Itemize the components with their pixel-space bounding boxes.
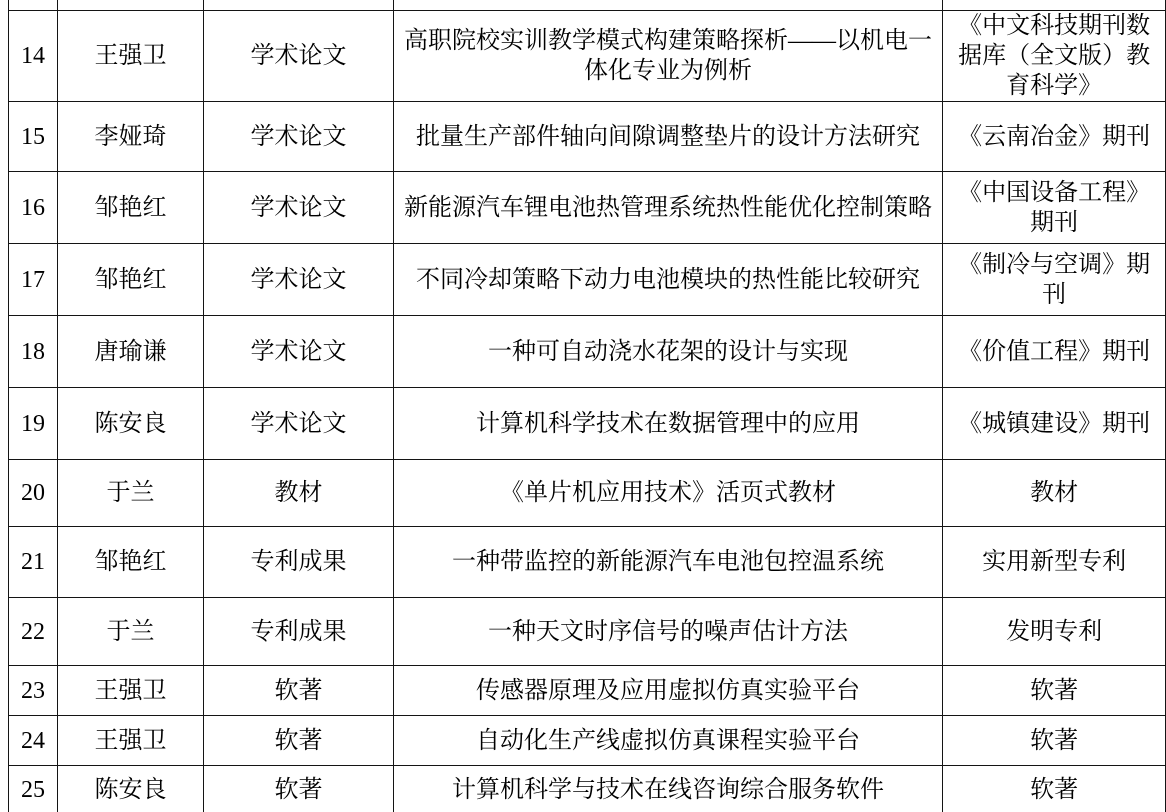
cell-venue: 软著: [943, 716, 1166, 766]
table-row: 20 于兰 教材 《单片机应用技术》活页式教材 教材: [9, 460, 1166, 527]
cell-title: 不同冷却策略下动力电池模块的热性能比较研究: [393, 244, 942, 316]
cell-type: 专利成果: [204, 527, 394, 598]
cell-type: 学术论文: [204, 244, 394, 316]
cell-no: 23: [9, 666, 58, 716]
cell-no: 18: [9, 316, 58, 388]
table-row: 25 陈安良 软著 计算机科学与技术在线咨询综合服务软件 软著: [9, 766, 1166, 812]
cell-title: 一种可自动浇水花架的设计与实现: [393, 316, 942, 388]
table-row: 19 陈安良 学术论文 计算机科学技术在数据管理中的应用 《城镇建设》期刊: [9, 388, 1166, 460]
cell-title: 一种天文时序信号的噪声估计方法: [393, 598, 942, 666]
cell-type: 学术论文: [204, 172, 394, 244]
table-row: 21 邹艳红 专利成果 一种带监控的新能源汽车电池包控温系统 实用新型专利: [9, 527, 1166, 598]
cell-author: 邹艳红: [57, 527, 203, 598]
cell-author: 李娅琦: [57, 102, 203, 172]
cell-author: 王强卫: [57, 11, 203, 102]
cell-author: 陈安良: [57, 766, 203, 812]
cell-author: 陈安良: [57, 388, 203, 460]
cell-venue: 《云南冶金》期刊: [943, 102, 1166, 172]
cell-type: 学术论文: [204, 102, 394, 172]
cell-empty: [57, 0, 203, 11]
cell-title: 《单片机应用技术》活页式教材: [393, 460, 942, 527]
cell-title: 新能源汽车锂电池热管理系统热性能优化控制策略: [393, 172, 942, 244]
cell-author: 王强卫: [57, 716, 203, 766]
achievements-table: 14 王强卫 学术论文 高职院校实训教学模式构建策略探析——以机电一体化专业为例…: [8, 0, 1166, 812]
table-row: 22 于兰 专利成果 一种天文时序信号的噪声估计方法 发明专利: [9, 598, 1166, 666]
table-row-partial: [9, 0, 1166, 11]
cell-no: 14: [9, 11, 58, 102]
cell-author: 邹艳红: [57, 172, 203, 244]
cell-author: 于兰: [57, 460, 203, 527]
cell-empty: [393, 0, 942, 11]
cell-venue: 软著: [943, 666, 1166, 716]
cell-empty: [204, 0, 394, 11]
table-row: 18 唐瑜谦 学术论文 一种可自动浇水花架的设计与实现 《价值工程》期刊: [9, 316, 1166, 388]
cell-title: 批量生产部件轴向间隙调整垫片的设计方法研究: [393, 102, 942, 172]
cell-venue: 实用新型专利: [943, 527, 1166, 598]
cell-type: 专利成果: [204, 598, 394, 666]
cell-venue: 发明专利: [943, 598, 1166, 666]
cell-title: 一种带监控的新能源汽车电池包控温系统: [393, 527, 942, 598]
cell-venue: 软著: [943, 766, 1166, 812]
cell-no: 21: [9, 527, 58, 598]
table-row: 15 李娅琦 学术论文 批量生产部件轴向间隙调整垫片的设计方法研究 《云南冶金》…: [9, 102, 1166, 172]
table-row: 17 邹艳红 学术论文 不同冷却策略下动力电池模块的热性能比较研究 《制冷与空调…: [9, 244, 1166, 316]
cell-no: 15: [9, 102, 58, 172]
cell-no: 20: [9, 460, 58, 527]
cell-no: 24: [9, 716, 58, 766]
cell-venue: 《中国设备工程》期刊: [943, 172, 1166, 244]
cell-no: 19: [9, 388, 58, 460]
cell-type: 软著: [204, 766, 394, 812]
cell-venue: 《制冷与空调》期刊: [943, 244, 1166, 316]
cell-title: 自动化生产线虚拟仿真课程实验平台: [393, 716, 942, 766]
cell-type: 学术论文: [204, 388, 394, 460]
cell-empty: [9, 0, 58, 11]
cell-author: 于兰: [57, 598, 203, 666]
cell-venue: 教材: [943, 460, 1166, 527]
table-row: 24 王强卫 软著 自动化生产线虚拟仿真课程实验平台 软著: [9, 716, 1166, 766]
cell-author: 唐瑜谦: [57, 316, 203, 388]
document-page: 14 王强卫 学术论文 高职院校实训教学模式构建策略探析——以机电一体化专业为例…: [0, 0, 1166, 812]
table-row: 14 王强卫 学术论文 高职院校实训教学模式构建策略探析——以机电一体化专业为例…: [9, 11, 1166, 102]
cell-title: 高职院校实训教学模式构建策略探析——以机电一体化专业为例析: [393, 11, 942, 102]
cell-type: 教材: [204, 460, 394, 527]
cell-venue: 《中文科技期刊数据库（全文版）教育科学》: [943, 11, 1166, 102]
cell-title: 计算机科学技术在数据管理中的应用: [393, 388, 942, 460]
cell-author: 王强卫: [57, 666, 203, 716]
cell-venue: 《城镇建设》期刊: [943, 388, 1166, 460]
cell-no: 25: [9, 766, 58, 812]
table-row: 16 邹艳红 学术论文 新能源汽车锂电池热管理系统热性能优化控制策略 《中国设备…: [9, 172, 1166, 244]
cell-venue: 《价值工程》期刊: [943, 316, 1166, 388]
cell-no: 22: [9, 598, 58, 666]
cell-type: 软著: [204, 666, 394, 716]
cell-type: 学术论文: [204, 316, 394, 388]
cell-type: 软著: [204, 716, 394, 766]
cell-type: 学术论文: [204, 11, 394, 102]
cell-empty: [943, 0, 1166, 11]
cell-title: 传感器原理及应用虚拟仿真实验平台: [393, 666, 942, 716]
cell-no: 17: [9, 244, 58, 316]
cell-title: 计算机科学与技术在线咨询综合服务软件: [393, 766, 942, 812]
cell-author: 邹艳红: [57, 244, 203, 316]
table-row: 23 王强卫 软著 传感器原理及应用虚拟仿真实验平台 软著: [9, 666, 1166, 716]
cell-no: 16: [9, 172, 58, 244]
